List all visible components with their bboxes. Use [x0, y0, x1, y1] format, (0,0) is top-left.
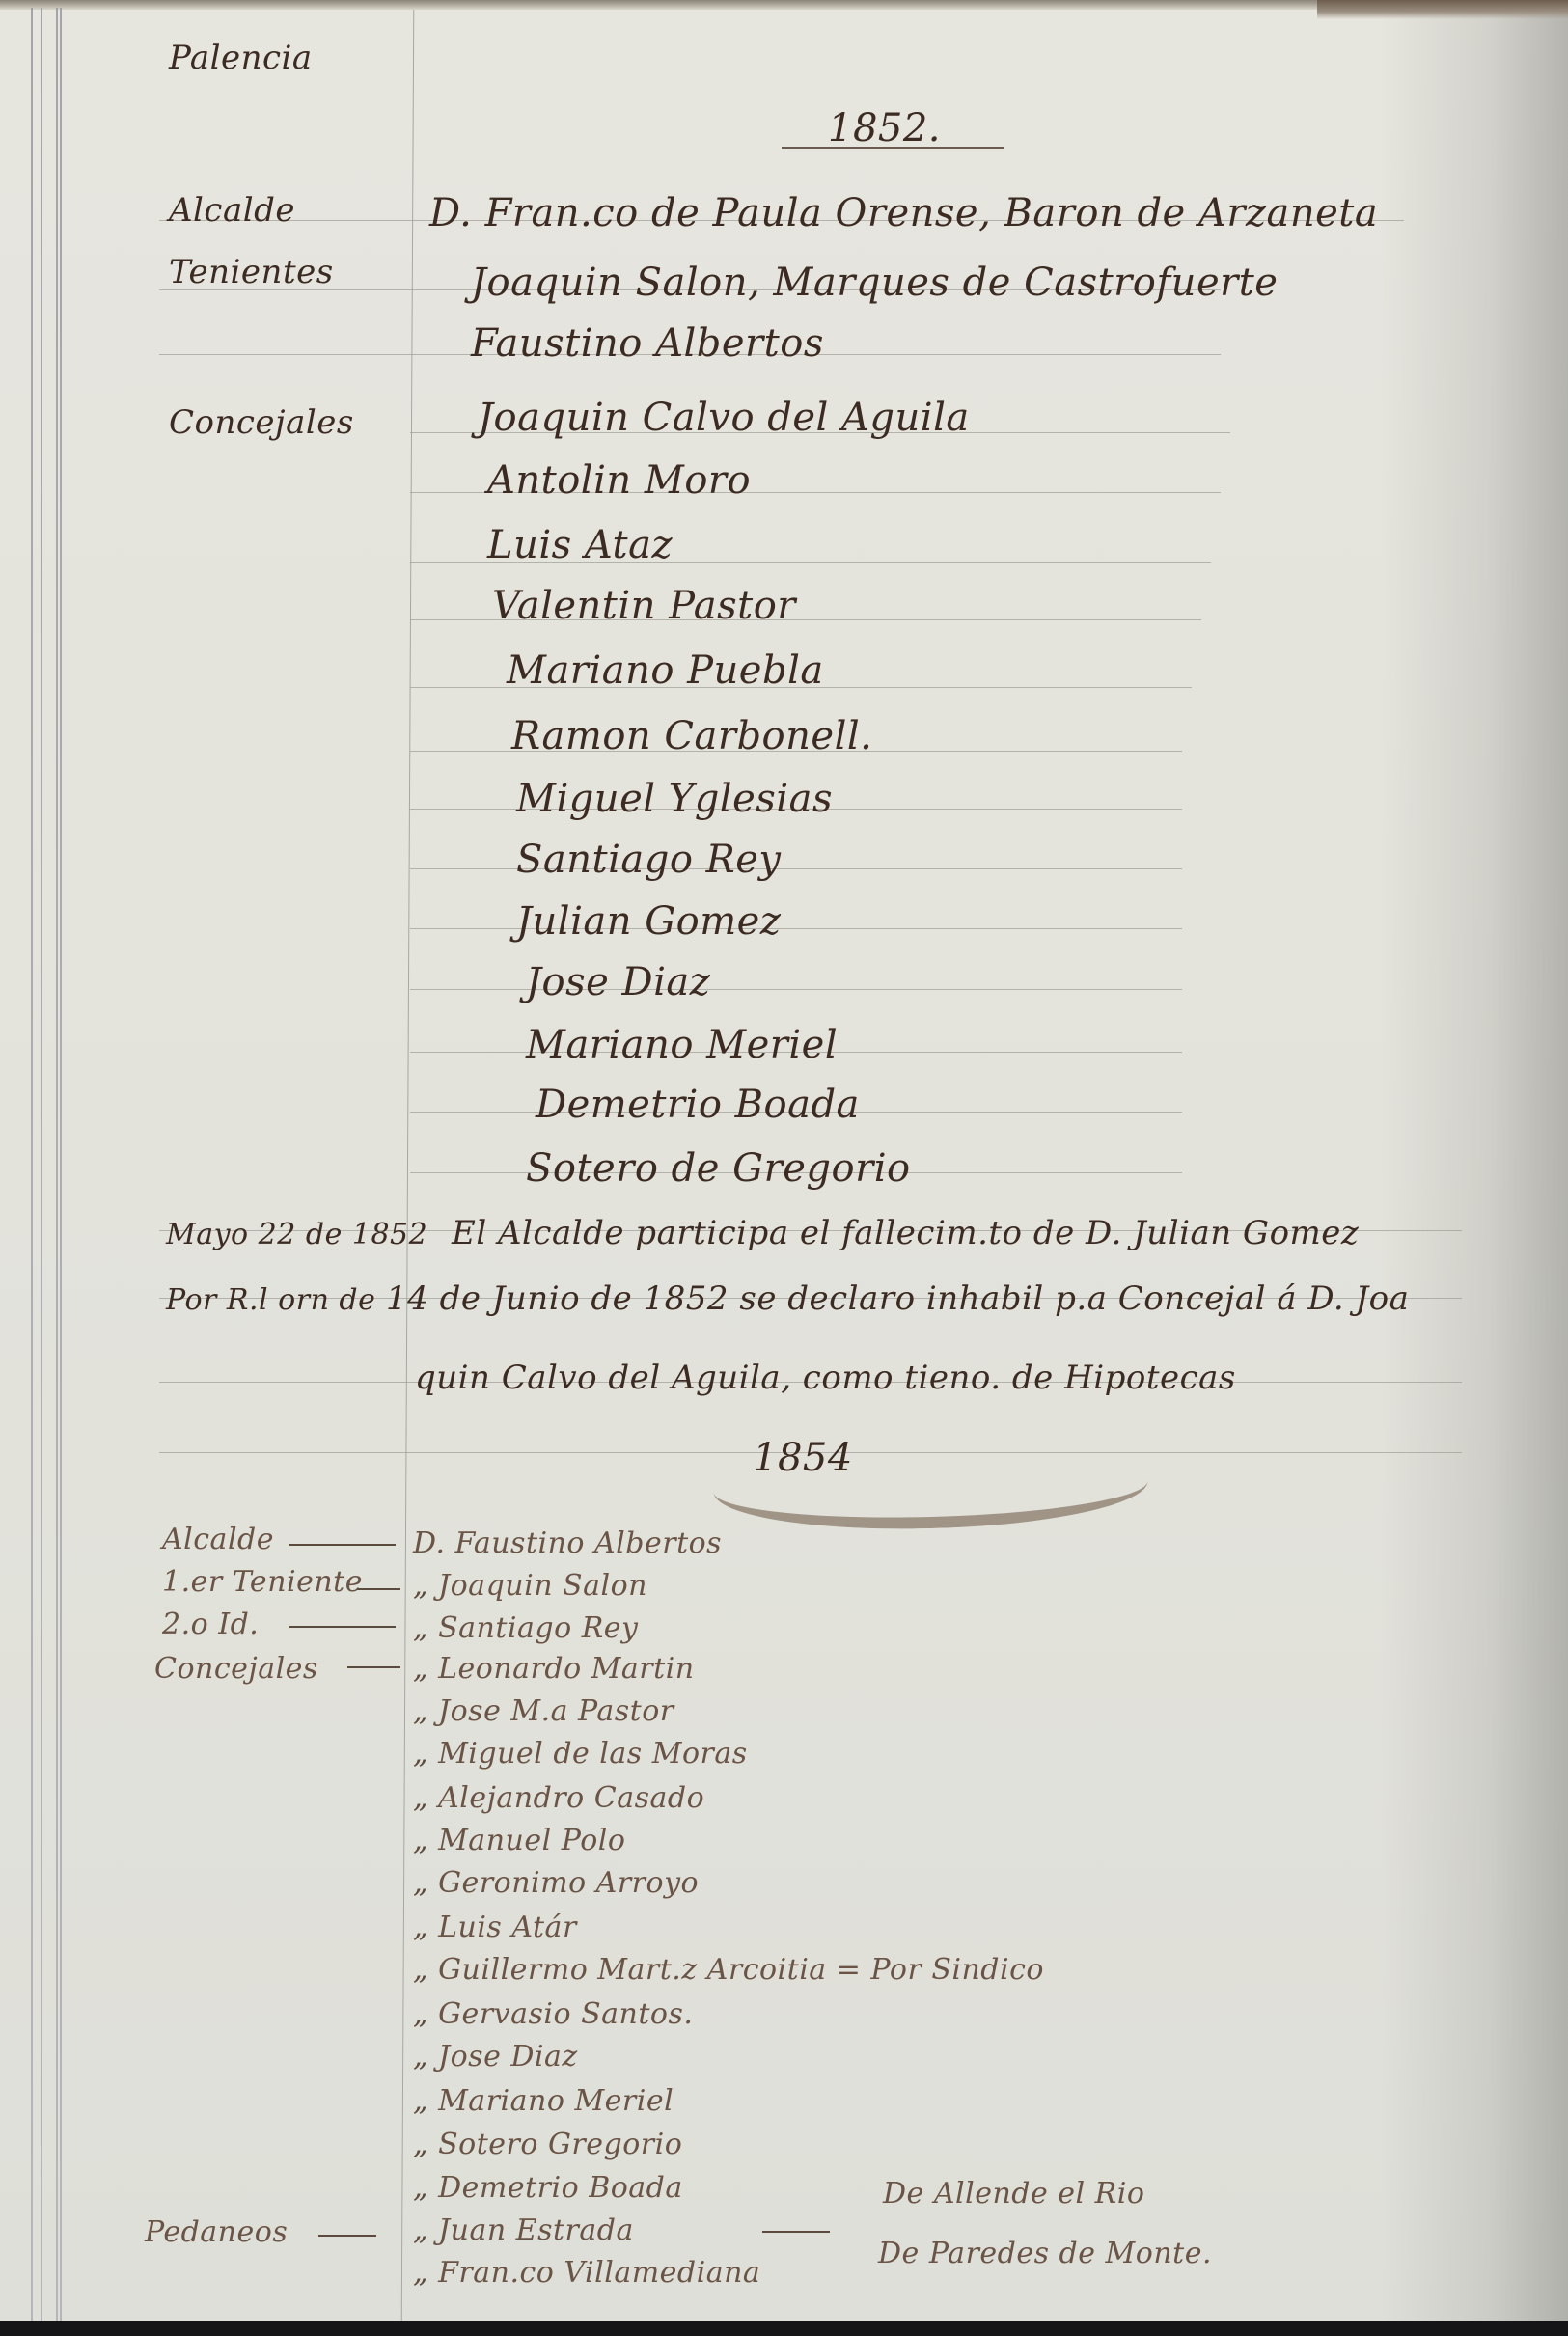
year-flourish — [713, 1472, 1148, 1534]
concejal-name: Sotero de Gregorio — [526, 1146, 911, 1191]
concejal-name: Antolin Moro — [487, 458, 751, 503]
concejal-name: Mariano Meriel — [526, 1023, 838, 1067]
concejal-name: „ Jose Diaz — [413, 2040, 578, 2074]
book-cover-edge — [1317, 0, 1568, 19]
leader-dash — [357, 1588, 400, 1590]
note-margin-date: Mayo 22 de 1852 — [166, 1218, 427, 1251]
ditto-mark: „ — [413, 1569, 428, 1603]
note-text: quin Calvo del Aguila, como tieno. de Hi… — [415, 1359, 1236, 1397]
concejal-name: Valentin Pastor — [492, 584, 796, 628]
role-label-concejales: Concejales — [169, 403, 354, 442]
concejal-name: „ Manuel Polo — [413, 1824, 625, 1857]
teniente-name: „ Joaquin Salon — [413, 1569, 647, 1603]
binding-rule — [31, 8, 33, 2321]
binding-rule — [60, 8, 62, 2321]
role-label-primer-teniente: 1.er Teniente — [162, 1565, 363, 1599]
year-heading-1854: 1854 — [753, 1436, 853, 1480]
pedaneo-place: De Paredes de Monte. — [878, 2237, 1212, 2270]
concejal-name: „ Guillermo Mart.z Arcoitia = Por Sindic… — [413, 1953, 1044, 1987]
concejal-name: „ Demetrio Boada — [413, 2171, 683, 2205]
leader-dash — [289, 1626, 396, 1628]
pedaneo-name: „ Juan Estrada — [413, 2213, 634, 2247]
leader-dash — [289, 1544, 396, 1546]
scan-background-strip — [0, 2321, 1568, 2336]
role-label-concejales: Concejales — [154, 1652, 318, 1686]
sindico-note: = Por Sindico — [837, 1953, 1044, 1987]
role-label-alcalde: Alcalde — [162, 1523, 274, 1556]
teniente-name: Faustino Albertos — [471, 321, 824, 366]
ledger-page: Palencia 1852. Alcalde Tenientes Conceja… — [0, 0, 1568, 2321]
role-label-alcalde: Alcalde — [169, 191, 295, 230]
concejal-name: Joaquin Calvo del Aguila — [478, 396, 970, 440]
city-heading: Palencia — [169, 39, 313, 77]
note-text: El Alcalde participa el fallecim.to de D… — [452, 1214, 1359, 1252]
year-heading-1852: 1852. — [828, 106, 941, 151]
alcalde-name: D. Faustino Albertos — [413, 1526, 722, 1560]
concejal-name: „ Sotero Gregorio — [413, 2128, 682, 2161]
concejal-name: Demetrio Boada — [536, 1083, 860, 1127]
year-underline — [782, 147, 1004, 149]
concejal-name: „ Gervasio Santos. — [413, 1997, 693, 2031]
concejal-name: Luis Ataz — [487, 523, 673, 567]
concejal-name: Julian Gomez — [516, 899, 781, 944]
note-text: 14 de Junio de 1852 se declaro inhabil p… — [386, 1279, 1409, 1318]
pedaneo-place: De Allende el Rio — [883, 2177, 1144, 2211]
concejal-name: „ Geronimo Arroyo — [413, 1866, 699, 1900]
alcalde-name: D. Fran.co de Paula Orense, Baron de Arz… — [429, 191, 1378, 235]
concejal-name: Ramon Carbonell. — [511, 714, 872, 758]
concejal-name: „ Leonardo Martin — [413, 1652, 695, 1686]
concejal-name: „ Jose M.a Pastor — [413, 1694, 674, 1728]
role-label-segundo-teniente: 2.o Id. — [162, 1608, 259, 1641]
note-margin-order: Por R.l orn de — [166, 1283, 375, 1317]
leader-dash — [347, 1666, 400, 1668]
concejal-name: „ Luis Atár — [413, 1910, 577, 1944]
concejal-name: „ Mariano Meriel — [413, 2084, 674, 2118]
role-label-pedaneos: Pedaneos — [145, 2215, 288, 2249]
binding-rule — [41, 8, 42, 2321]
teniente-name: Joaquin Salon, Marques de Castrofuerte — [471, 261, 1278, 305]
binding-rule — [56, 8, 58, 2321]
leader-dash — [318, 2235, 376, 2237]
concejal-name: Miguel Yglesias — [516, 777, 833, 821]
ditto-mark: „ — [413, 1611, 428, 1645]
leader-dash — [762, 2231, 830, 2233]
concejal-name: Mariano Puebla — [507, 648, 824, 693]
concejal-name: Jose Diaz — [526, 960, 710, 1004]
concejal-name: Santiago Rey — [516, 838, 782, 882]
concejal-name: „ Miguel de las Moras — [413, 1737, 748, 1771]
concejal-name: „ Alejandro Casado — [413, 1781, 704, 1815]
pedaneo-name: „ Fran.co Villamediana — [413, 2256, 760, 2290]
role-label-tenientes: Tenientes — [169, 253, 334, 291]
teniente-name: „ Santiago Rey — [413, 1611, 638, 1645]
